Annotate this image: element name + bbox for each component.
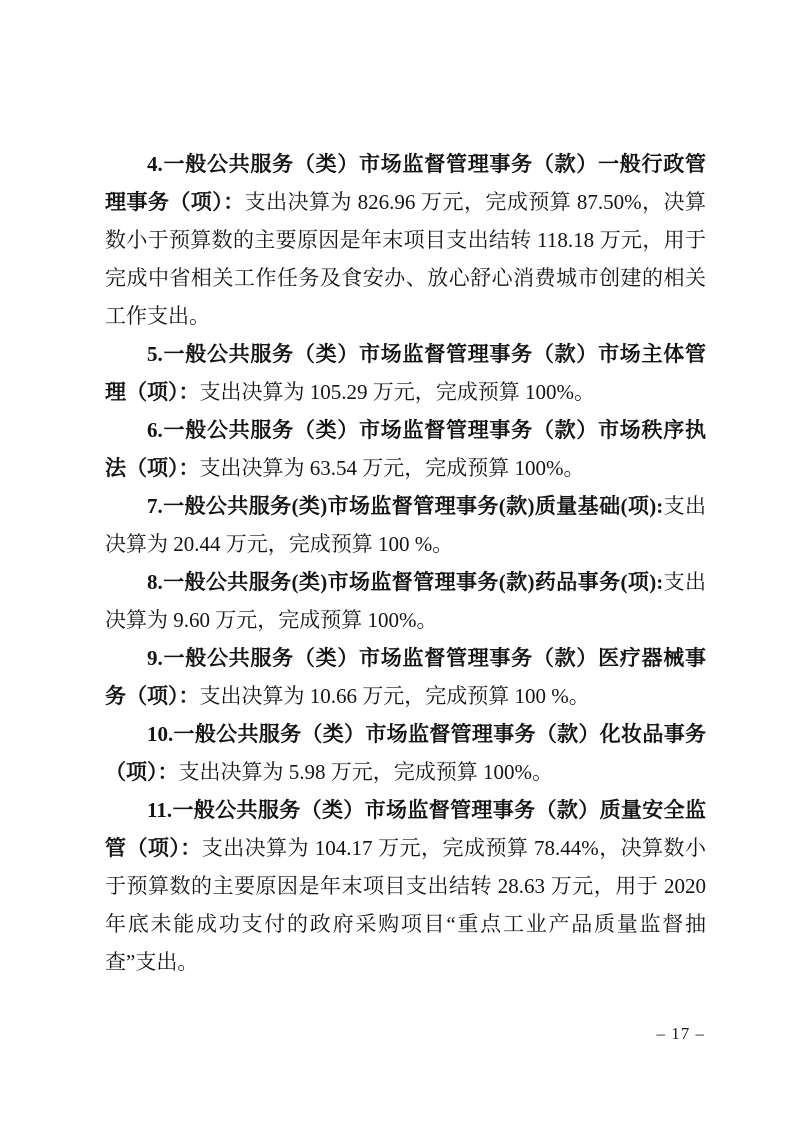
budget-item-10-body: 支出决算为 5.98 万元，完成预算 100%。 <box>179 760 554 784</box>
page-number: – 17 – <box>657 1024 706 1044</box>
budget-item-8-paragraph: 8.一般公共服务(类)市场监督管理事务(款)药品事务(项):支出决算为 9.60… <box>105 563 706 639</box>
budget-item-9-paragraph: 9.一般公共服务（类）市场监督管理事务（款）医疗器械事务（项）：支出决算为 10… <box>105 639 706 715</box>
budget-item-8-heading: 8.一般公共服务(类)市场监督管理事务(款)药品事务(项): <box>147 570 663 594</box>
budget-item-7-paragraph: 7.一般公共服务(类)市场监督管理事务(款)质量基础(项):支出决算为 20.4… <box>105 487 706 563</box>
budget-item-6-paragraph: 6.一般公共服务（类）市场监督管理事务（款）市场秩序执法（项）：支出决算为 63… <box>105 411 706 487</box>
budget-item-5-body: 支出决算为 105.29 万元，完成预算 100%。 <box>200 380 596 404</box>
budget-item-5-paragraph: 5.一般公共服务（类）市场监督管理事务（款）市场主体管理（项）：支出决算为 10… <box>105 335 706 411</box>
budget-item-11-paragraph: 11.一般公共服务（类）市场监督管理事务（款）质量安全监管（项）：支出决算为 1… <box>105 791 706 981</box>
budget-item-10-paragraph: 10.一般公共服务（类）市场监督管理事务（款）化妆品事务（项）：支出决算为 5.… <box>105 715 706 791</box>
document-body: 4.一般公共服务（类）市场监督管理事务（款）一般行政管理事务（项）：支出决算为 … <box>105 145 706 981</box>
document-page: 4.一般公共服务（类）市场监督管理事务（款）一般行政管理事务（项）：支出决算为 … <box>0 0 793 1122</box>
budget-item-4-paragraph: 4.一般公共服务（类）市场监督管理事务（款）一般行政管理事务（项）：支出决算为 … <box>105 145 706 335</box>
budget-item-7-heading: 7.一般公共服务(类)市场监督管理事务(款)质量基础(项): <box>147 494 663 518</box>
budget-item-6-body: 支出决算为 63.54 万元，完成预算 100%。 <box>200 456 585 480</box>
budget-item-9-body: 支出决算为 10.66 万元，完成预算 100 %。 <box>200 684 590 708</box>
